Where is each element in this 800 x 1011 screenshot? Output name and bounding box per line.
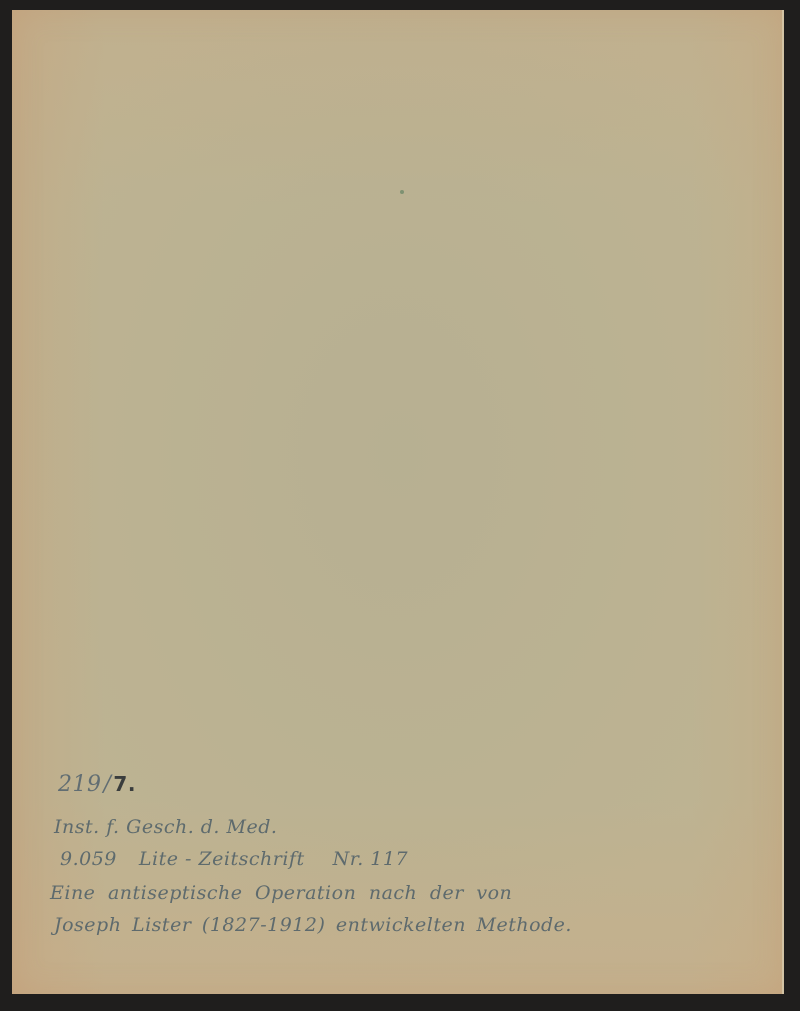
paper-sheet	[12, 10, 784, 994]
reference-issue: Nr. 117	[333, 848, 408, 870]
scan-background: 219/7. Inst. f. Gesch. d. Med. 9.059Lite…	[0, 0, 800, 1011]
caption-line-1: Eine antiseptische Operation nach der vo…	[50, 884, 512, 903]
shelfmark-separator: /	[104, 772, 112, 797]
paper-edge	[782, 10, 784, 994]
shelfmark-item: 7.	[113, 772, 136, 796]
caption-line-2: Joseph Lister (1827-1912) entwickelten M…	[54, 916, 572, 935]
paper-speck	[400, 190, 404, 194]
shelfmark: 219/7.	[58, 774, 136, 796]
reference-journal: Lite - Zeitschrift	[139, 848, 305, 870]
reference-note: 9.059Lite - ZeitschriftNr. 117	[60, 850, 408, 869]
reference-number: 9.059	[60, 848, 117, 870]
institution-note: Inst. f. Gesch. d. Med.	[54, 818, 277, 837]
shelfmark-collection: 219	[58, 772, 102, 797]
